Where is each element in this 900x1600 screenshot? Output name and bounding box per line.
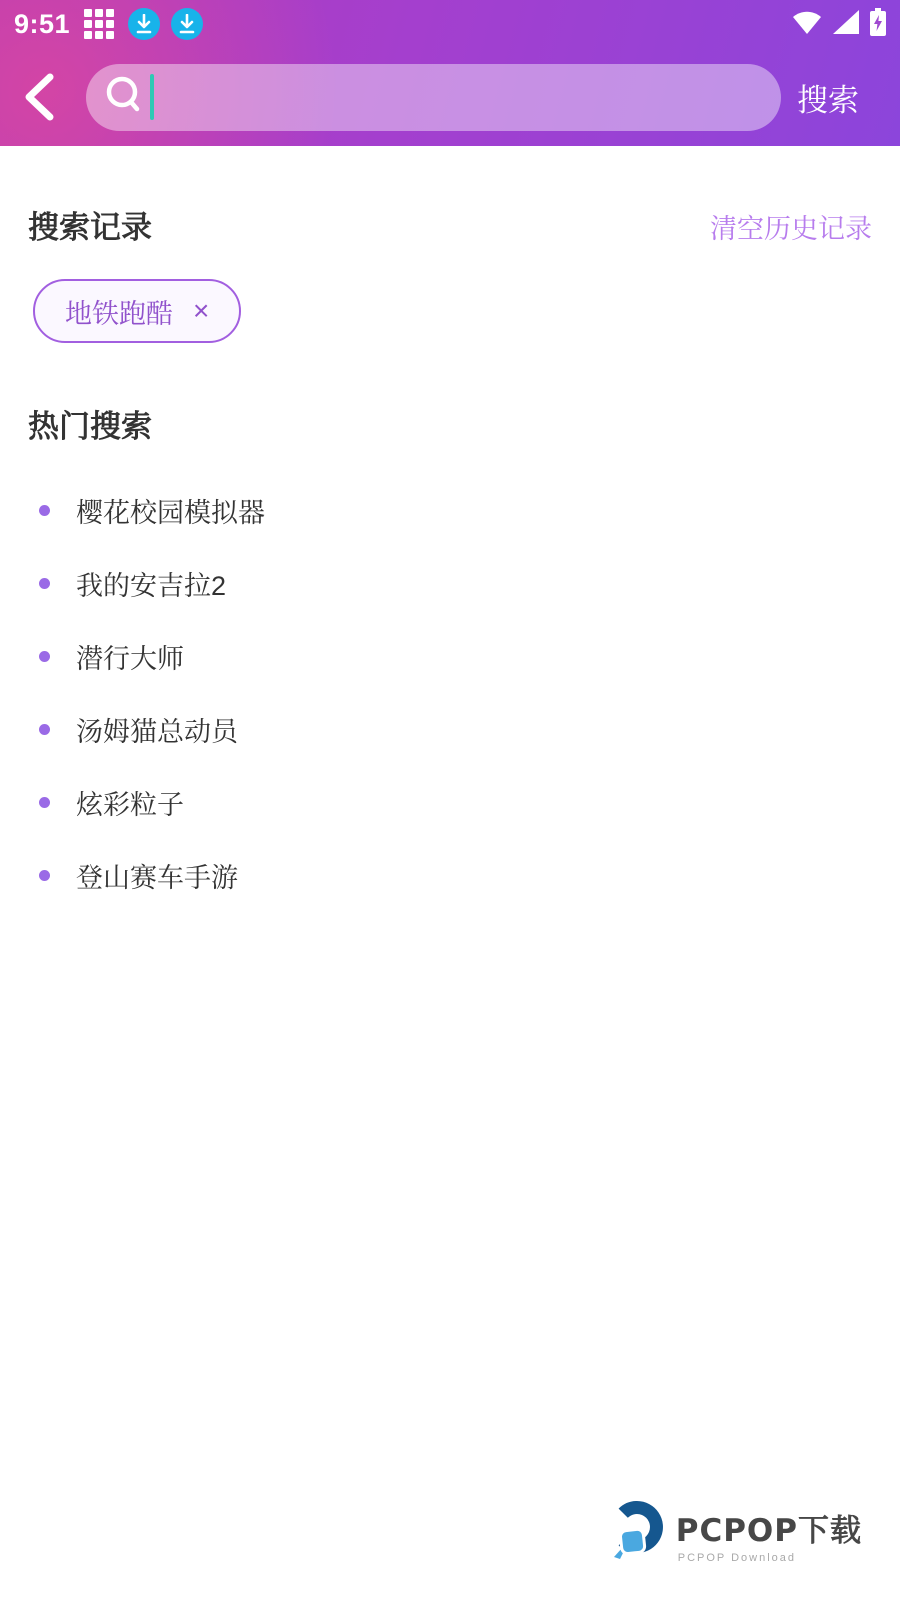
page-content: 搜索记录 清空历史记录 地铁跑酷 × 热门搜索 樱花校园模拟器 我的安吉拉2 潜… (0, 146, 900, 912)
history-section-header: 搜索记录 清空历史记录 (28, 202, 872, 247)
bullet-icon (39, 724, 50, 735)
search-field[interactable] (86, 64, 781, 131)
bullet-icon (39, 578, 50, 589)
bullet-icon (39, 797, 50, 808)
search-button[interactable]: 搜索 (797, 75, 859, 120)
bullet-icon (39, 870, 50, 881)
hot-search-item[interactable]: 樱花校园模拟器 (28, 474, 872, 547)
bullet-icon (39, 505, 50, 516)
apps-grid-icon (84, 9, 114, 39)
search-icon (104, 74, 144, 121)
status-bar: 9:51 (0, 0, 900, 48)
back-button[interactable] (22, 67, 72, 127)
header-background: 9:51 (0, 0, 900, 146)
search-header: 搜索 (0, 48, 900, 146)
history-chip-row: 地铁跑酷 × (28, 279, 872, 343)
wifi-icon (792, 9, 822, 40)
chip-close-icon[interactable]: × (193, 297, 209, 325)
hot-search-item[interactable]: 登山赛车手游 (28, 839, 872, 912)
battery-charging-icon (870, 8, 886, 41)
status-time: 9:51 (14, 9, 70, 40)
pcpop-logo-text: PCPOP下载 (676, 1505, 862, 1550)
hot-title: 热门搜索 (28, 401, 152, 446)
text-cursor (150, 74, 154, 120)
hot-search-item[interactable]: 炫彩粒子 (28, 766, 872, 839)
cell-signal-icon (832, 9, 860, 40)
bullet-icon (39, 651, 50, 662)
pcpop-logo-subtext: PCPOP Download (678, 1552, 862, 1564)
pcpop-footer-logo: PCPOP下载 PCPOP Download (606, 1499, 862, 1570)
history-title: 搜索记录 (28, 202, 152, 247)
hot-search-item[interactable]: 汤姆猫总动员 (28, 693, 872, 766)
pcpop-logo-icon (606, 1499, 668, 1570)
clear-history-link[interactable]: 清空历史记录 (710, 207, 872, 246)
history-chip-label: 地铁跑酷 (65, 292, 173, 331)
download-notification-icon (128, 8, 160, 40)
hot-search-item[interactable]: 潜行大师 (28, 620, 872, 693)
search-input[interactable] (162, 81, 763, 113)
hot-search-list: 樱花校园模拟器 我的安吉拉2 潜行大师 汤姆猫总动员 炫彩粒子 登山赛车手游 (28, 474, 872, 912)
hot-search-item[interactable]: 我的安吉拉2 (28, 547, 872, 620)
download-notification-icon (171, 8, 203, 40)
hot-section-header: 热门搜索 (28, 401, 872, 446)
history-chip[interactable]: 地铁跑酷 × (33, 279, 241, 343)
